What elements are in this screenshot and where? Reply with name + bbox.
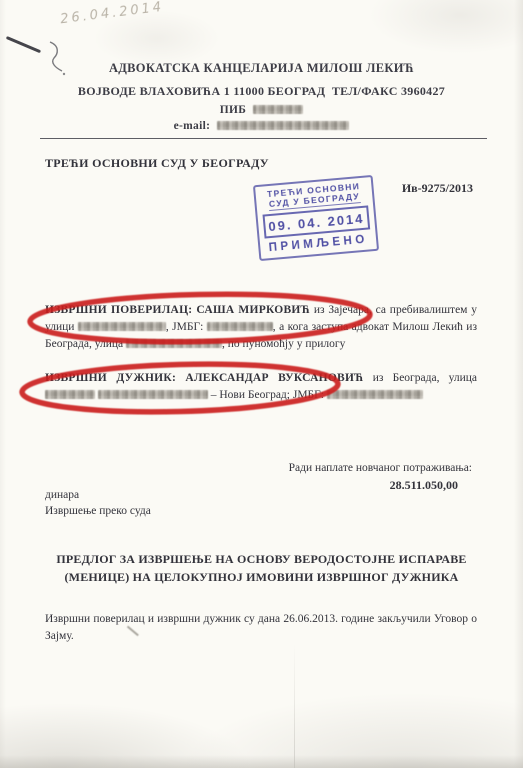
handwritten-date-note: 26.04.2014 (59, 0, 164, 27)
stamp-date: 09. 04. 2014 (263, 205, 371, 238)
redacted-creditor-jmbg (207, 322, 273, 331)
letterhead-divider (40, 138, 487, 139)
claim-method: Извршење преко суда (45, 503, 151, 519)
letterhead-email-line: e-mail: (0, 120, 523, 132)
redacted-debtor-street-1 (45, 390, 95, 399)
court-reception-stamp: ТРЕЋИ ОСНОВНИ СУД У БЕОГРАДУ 09. 04. 201… (253, 175, 379, 261)
debtor-origin-text: из Београда, улица (364, 372, 477, 384)
case-number: Ив-9275/2013 (402, 181, 473, 196)
pib-label: ПИБ (220, 104, 246, 116)
claim-amount: 28.511.050,00 (289, 477, 472, 493)
claim-method-block: динара Извршење преко суда (45, 487, 151, 519)
claim-purpose-block: Ради наплате новчаног потраживања: 28.51… (289, 460, 472, 493)
redacted-debtor-jmbg (327, 390, 423, 399)
debtor-label: ИЗВРШНИ ДУЖНИК: АЛЕКСАНДАР ВУКСАНОВИЋ (45, 372, 364, 384)
debtor-city-text: – Нови Београд; ЈМБГ: (208, 389, 327, 401)
paper-fold-mark (294, 644, 295, 768)
document-scan: 26.04.2014 АДВОКАТСКА КАНЦЕЛАРИЈА МИЛОШ … (0, 0, 523, 768)
body-intro-paragraph: Извршни поверилац и извршни дужник су да… (45, 611, 477, 645)
letterhead-office-name: АДВОКАТСКА КАНЦЕЛАРИЈА МИЛОШ ЛЕКИЋ (0, 61, 523, 76)
creditor-poa-text: , по пуномоћју у прилогу (222, 338, 345, 350)
redacted-creditor-street (78, 322, 166, 331)
email-label: e-mail: (174, 120, 211, 132)
letterhead-pib-line: ПИБ (0, 104, 523, 116)
document-title-line2: (МЕНИЦЕ) НА ЦЕЛОКУПНОЈ ИМОВИНИ ИЗВРШНОГ … (0, 569, 523, 587)
creditor-jmbg-label: , ЈМБГ: (166, 321, 207, 333)
claim-purpose: Ради наплате новчаног потраживања: (289, 460, 472, 476)
redacted-pib (253, 105, 303, 114)
creditor-paragraph: ИЗВРШНИ ПОВЕРИЛАЦ: САША МИРКОВИЋ из Заје… (45, 302, 477, 353)
staple-mark (6, 36, 41, 53)
court-name-heading: ТРЕЋИ ОСНОВНИ СУД У БЕОГРАДУ (45, 156, 269, 171)
redacted-debtor-street-2 (98, 390, 208, 399)
debtor-paragraph: ИЗВРШНИ ДУЖНИК: АЛЕКСАНДАР ВУКСАНОВИЋ из… (45, 370, 477, 404)
document-title-line1: ПРЕДЛОГ ЗА ИЗВРШЕЊЕ НА ОСНОВУ ВЕРОДОСТОЈ… (0, 551, 523, 569)
redacted-attorney-street (126, 339, 222, 348)
letterhead-address: ВОЈВОДЕ ВЛАХОВИЋА 1 11000 БЕОГРАД ТЕЛ/ФА… (0, 84, 523, 99)
creditor-label: ИЗВРШНИ ПОВЕРИЛАЦ: САША МИРКОВИЋ (45, 304, 310, 316)
claim-currency: динара (45, 487, 151, 503)
document-title: ПРЕДЛОГ ЗА ИЗВРШЕЊЕ НА ОСНОВУ ВЕРОДОСТОЈ… (0, 551, 523, 586)
redacted-email (217, 121, 349, 130)
